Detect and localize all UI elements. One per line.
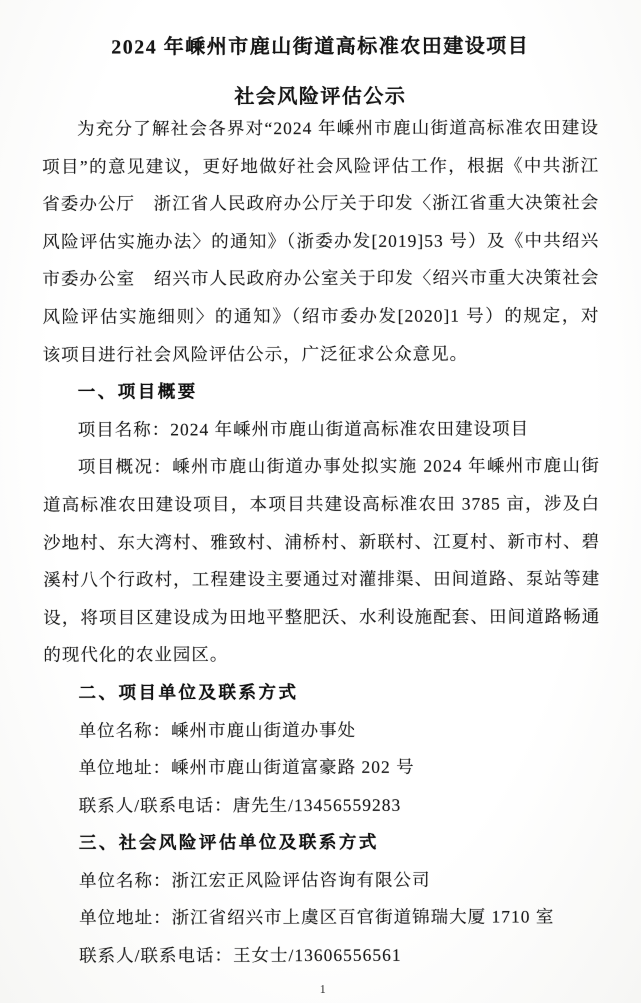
- page-number: 1: [44, 981, 601, 997]
- assessment-unit-address-line: 单位地址：浙江省绍兴市上虞区百官街道锦瑞大厦 1710 室: [44, 899, 601, 938]
- project-overview-paragraph: 项目概况：嵊州市鹿山街道办事处拟实施 2024 年嵊州市鹿山街道高标准农田建设项…: [43, 448, 601, 675]
- section-1-heading: 一、项目概要: [43, 372, 600, 411]
- scanned-content: 2024 年嵊州市鹿山街道高标准农田建设项目 社会风险评估公示 为充分了解社会各…: [42, 25, 602, 997]
- section-2-heading: 二、项目单位及联系方式: [43, 673, 600, 712]
- document-title-line-2: 社会风险评估公示: [42, 83, 599, 110]
- assessment-unit-name-line: 单位名称：浙江宏正风险评估咨询有限公司: [44, 861, 601, 900]
- document-page: 2024 年嵊州市鹿山街道高标准农田建设项目 社会风险评估公示 为充分了解社会各…: [0, 0, 641, 1003]
- project-name-line: 项目名称：2024 年嵊州市鹿山街道高标准农田建设项目: [43, 410, 600, 449]
- intro-paragraph: 为充分了解社会各界对“2024 年嵊州市鹿山街道高标准农田建设项目”的意见建议，…: [42, 109, 600, 374]
- project-unit-address-line: 单位地址：嵊州市鹿山街道富豪路 202 号: [44, 748, 601, 787]
- section-3-heading: 三、社会风险评估单位及联系方式: [44, 824, 601, 863]
- document-title-line-1: 2024 年嵊州市鹿山街道高标准农田建设项目: [42, 33, 599, 60]
- assessment-unit-contact-line: 联系人/联系电话：王女士/13606556561: [44, 936, 601, 975]
- project-unit-contact-line: 联系人/联系电话：唐先生/13456559283: [44, 786, 601, 825]
- scanned-document-background: { "doc": { "title_line1": "2024 年嵊州市鹿山街道…: [0, 0, 641, 1003]
- document-title: 2024 年嵊州市鹿山街道高标准农田建设项目 社会风险评估公示: [42, 25, 599, 110]
- project-unit-name-line: 单位名称：嵊州市鹿山街道办事处: [44, 711, 601, 750]
